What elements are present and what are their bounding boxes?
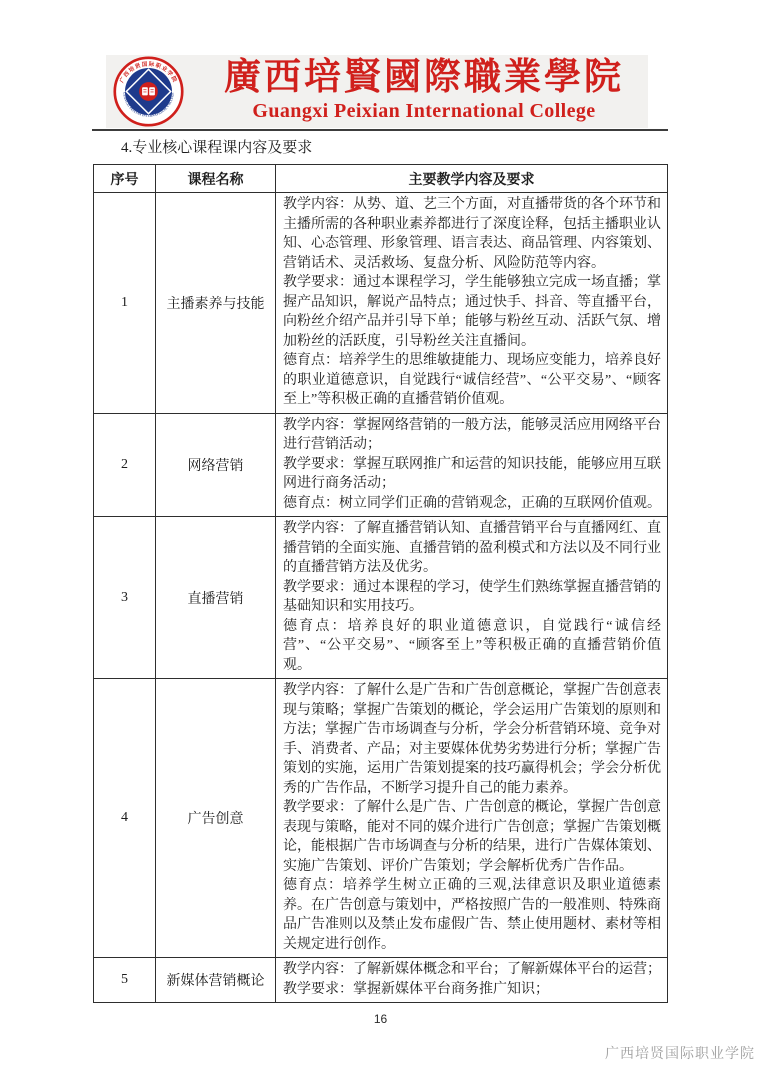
column-header-number: 序号 [94,165,156,193]
page-header: 广西培贤国际职业学院 GUANGXI PEIXIAN INTERNATIONAL… [106,55,648,128]
table-row: 5 新媒体营销概论 教学内容：了解新媒体概念和平台；了解新媒体平台的运营； 教学… [94,958,668,1003]
college-logo-emblem: 广西培贤国际职业学院 GUANGXI PEIXIAN INTERNATIONAL… [113,56,184,127]
header-divider-line [92,129,668,131]
college-name-english: Guangxi Peixian International College [204,99,644,123]
moral-education-paragraph: 德育点：培养良好的职业道德意识，自觉践行“诚信经营”、“公平交易”、“顾客至上”… [283,617,661,676]
table-row: 2 网络营销 教学内容：掌握网络营销的一般方法，能够灵活应用网络平台进行营销活动… [94,413,668,517]
document-page: 广西培贤国际职业学院 GUANGXI PEIXIAN INTERNATIONAL… [0,0,764,1080]
watermark-text: 广西培贤国际职业学院 [605,1043,755,1063]
row-number: 5 [94,958,156,1003]
column-header-course-name: 课程名称 [156,165,276,193]
course-description: 教学内容：掌握网络营销的一般方法，能够灵活应用网络平台进行营销活动； 教学要求：… [276,413,668,517]
row-number: 2 [94,413,156,517]
section-title: 4.专业核心课程课内容及要求 [93,139,668,158]
row-number: 1 [94,193,156,414]
table-row: 3 直播营销 教学内容：了解直播营销认知、直播营销平台与直播网红、直播营销的全面… [94,517,668,679]
page-content: 4.专业核心课程课内容及要求 序号 课程名称 主要教学内容及要求 1 主播素养与… [93,139,668,1026]
course-name: 网络营销 [156,413,276,517]
teaching-content-paragraph: 教学内容：掌握网络营销的一般方法，能够灵活应用网络平台进行营销活动； [283,416,661,455]
moral-education-paragraph: 德育点：培养学生的思维敏捷能力、现场应变能力，培养良好的职业道德意识，自觉践行“… [283,351,661,410]
course-content-table: 序号 课程名称 主要教学内容及要求 1 主播素养与技能 教学内容：从势、道、艺三… [93,164,668,1003]
course-description: 教学内容：了解什么是广告和广告创意概论，掌握广告创意表现与策略；掌握广告策划的概… [276,679,668,958]
teaching-content-paragraph: 教学内容：了解直播营销认知、直播营销平台与直播网红、直播营销的全面实施、直播营销… [283,519,661,578]
column-header-teaching-content: 主要教学内容及要求 [276,165,668,193]
moral-education-paragraph: 德育点：培养学生树立正确的三观,法律意识及职业道德素养。在广告创意与策划中，严格… [283,876,661,954]
teaching-content-paragraph: 教学内容：了解新媒体概念和平台；了解新媒体平台的运营； [283,960,661,980]
row-number: 4 [94,679,156,958]
table-row: 4 广告创意 教学内容：了解什么是广告和广告创意概论，掌握广告创意表现与策略；掌… [94,679,668,958]
course-name: 新媒体营销概论 [156,958,276,1003]
college-logo: 广西培贤国际职业学院 GUANGXI PEIXIAN INTERNATIONAL… [113,56,184,127]
logo-center-circle [139,82,158,101]
teaching-requirement-paragraph: 教学要求：通过本课程学习，学生能够独立完成一场直播；掌握产品知识，解说产品特点；… [283,273,661,351]
course-description: 教学内容：了解直播营销认知、直播营销平台与直播网红、直播营销的全面实施、直播营销… [276,517,668,679]
teaching-content-paragraph: 教学内容：了解什么是广告和广告创意概论，掌握广告创意表现与策略；掌握广告策划的概… [283,681,661,798]
college-titles: 廣西培賢國際職業學院 Guangxi Peixian International… [204,57,644,123]
teaching-requirement-paragraph: 教学要求：掌握互联网推广和运营的知识技能，能够应用互联网进行商务活动； [283,455,661,494]
moral-education-paragraph: 德育点：树立同学们正确的营销观念，正确的互联网价值观。 [283,494,661,514]
teaching-requirement-paragraph: 教学要求：了解什么是广告、广告创意的概论，掌握广告创意表现与策略，能对不同的媒介… [283,798,661,876]
course-name: 广告创意 [156,679,276,958]
row-number: 3 [94,517,156,679]
teaching-requirement-paragraph: 教学要求：通过本课程的学习，使学生们熟练掌握直播营销的基础知识和实用技巧。 [283,578,661,617]
course-name: 主播素养与技能 [156,193,276,414]
college-name-chinese: 廣西培賢國際職業學院 [204,57,644,99]
course-description: 教学内容：了解新媒体概念和平台；了解新媒体平台的运营； 教学要求：掌握新媒体平台… [276,958,668,1003]
page-number: 16 [93,1012,668,1026]
table-header-row: 序号 课程名称 主要教学内容及要求 [94,165,668,193]
course-name: 直播营销 [156,517,276,679]
table-row: 1 主播素养与技能 教学内容：从势、道、艺三个方面，对直播带货的各个环节和主播所… [94,193,668,414]
teaching-requirement-paragraph: 教学要求：掌握新媒体平台商务推广知识； [283,980,661,1000]
teaching-content-paragraph: 教学内容：从势、道、艺三个方面，对直播带货的各个环节和主播所需的各种职业素养都进… [283,195,661,273]
course-description: 教学内容：从势、道、艺三个方面，对直播带货的各个环节和主播所需的各种职业素养都进… [276,193,668,414]
